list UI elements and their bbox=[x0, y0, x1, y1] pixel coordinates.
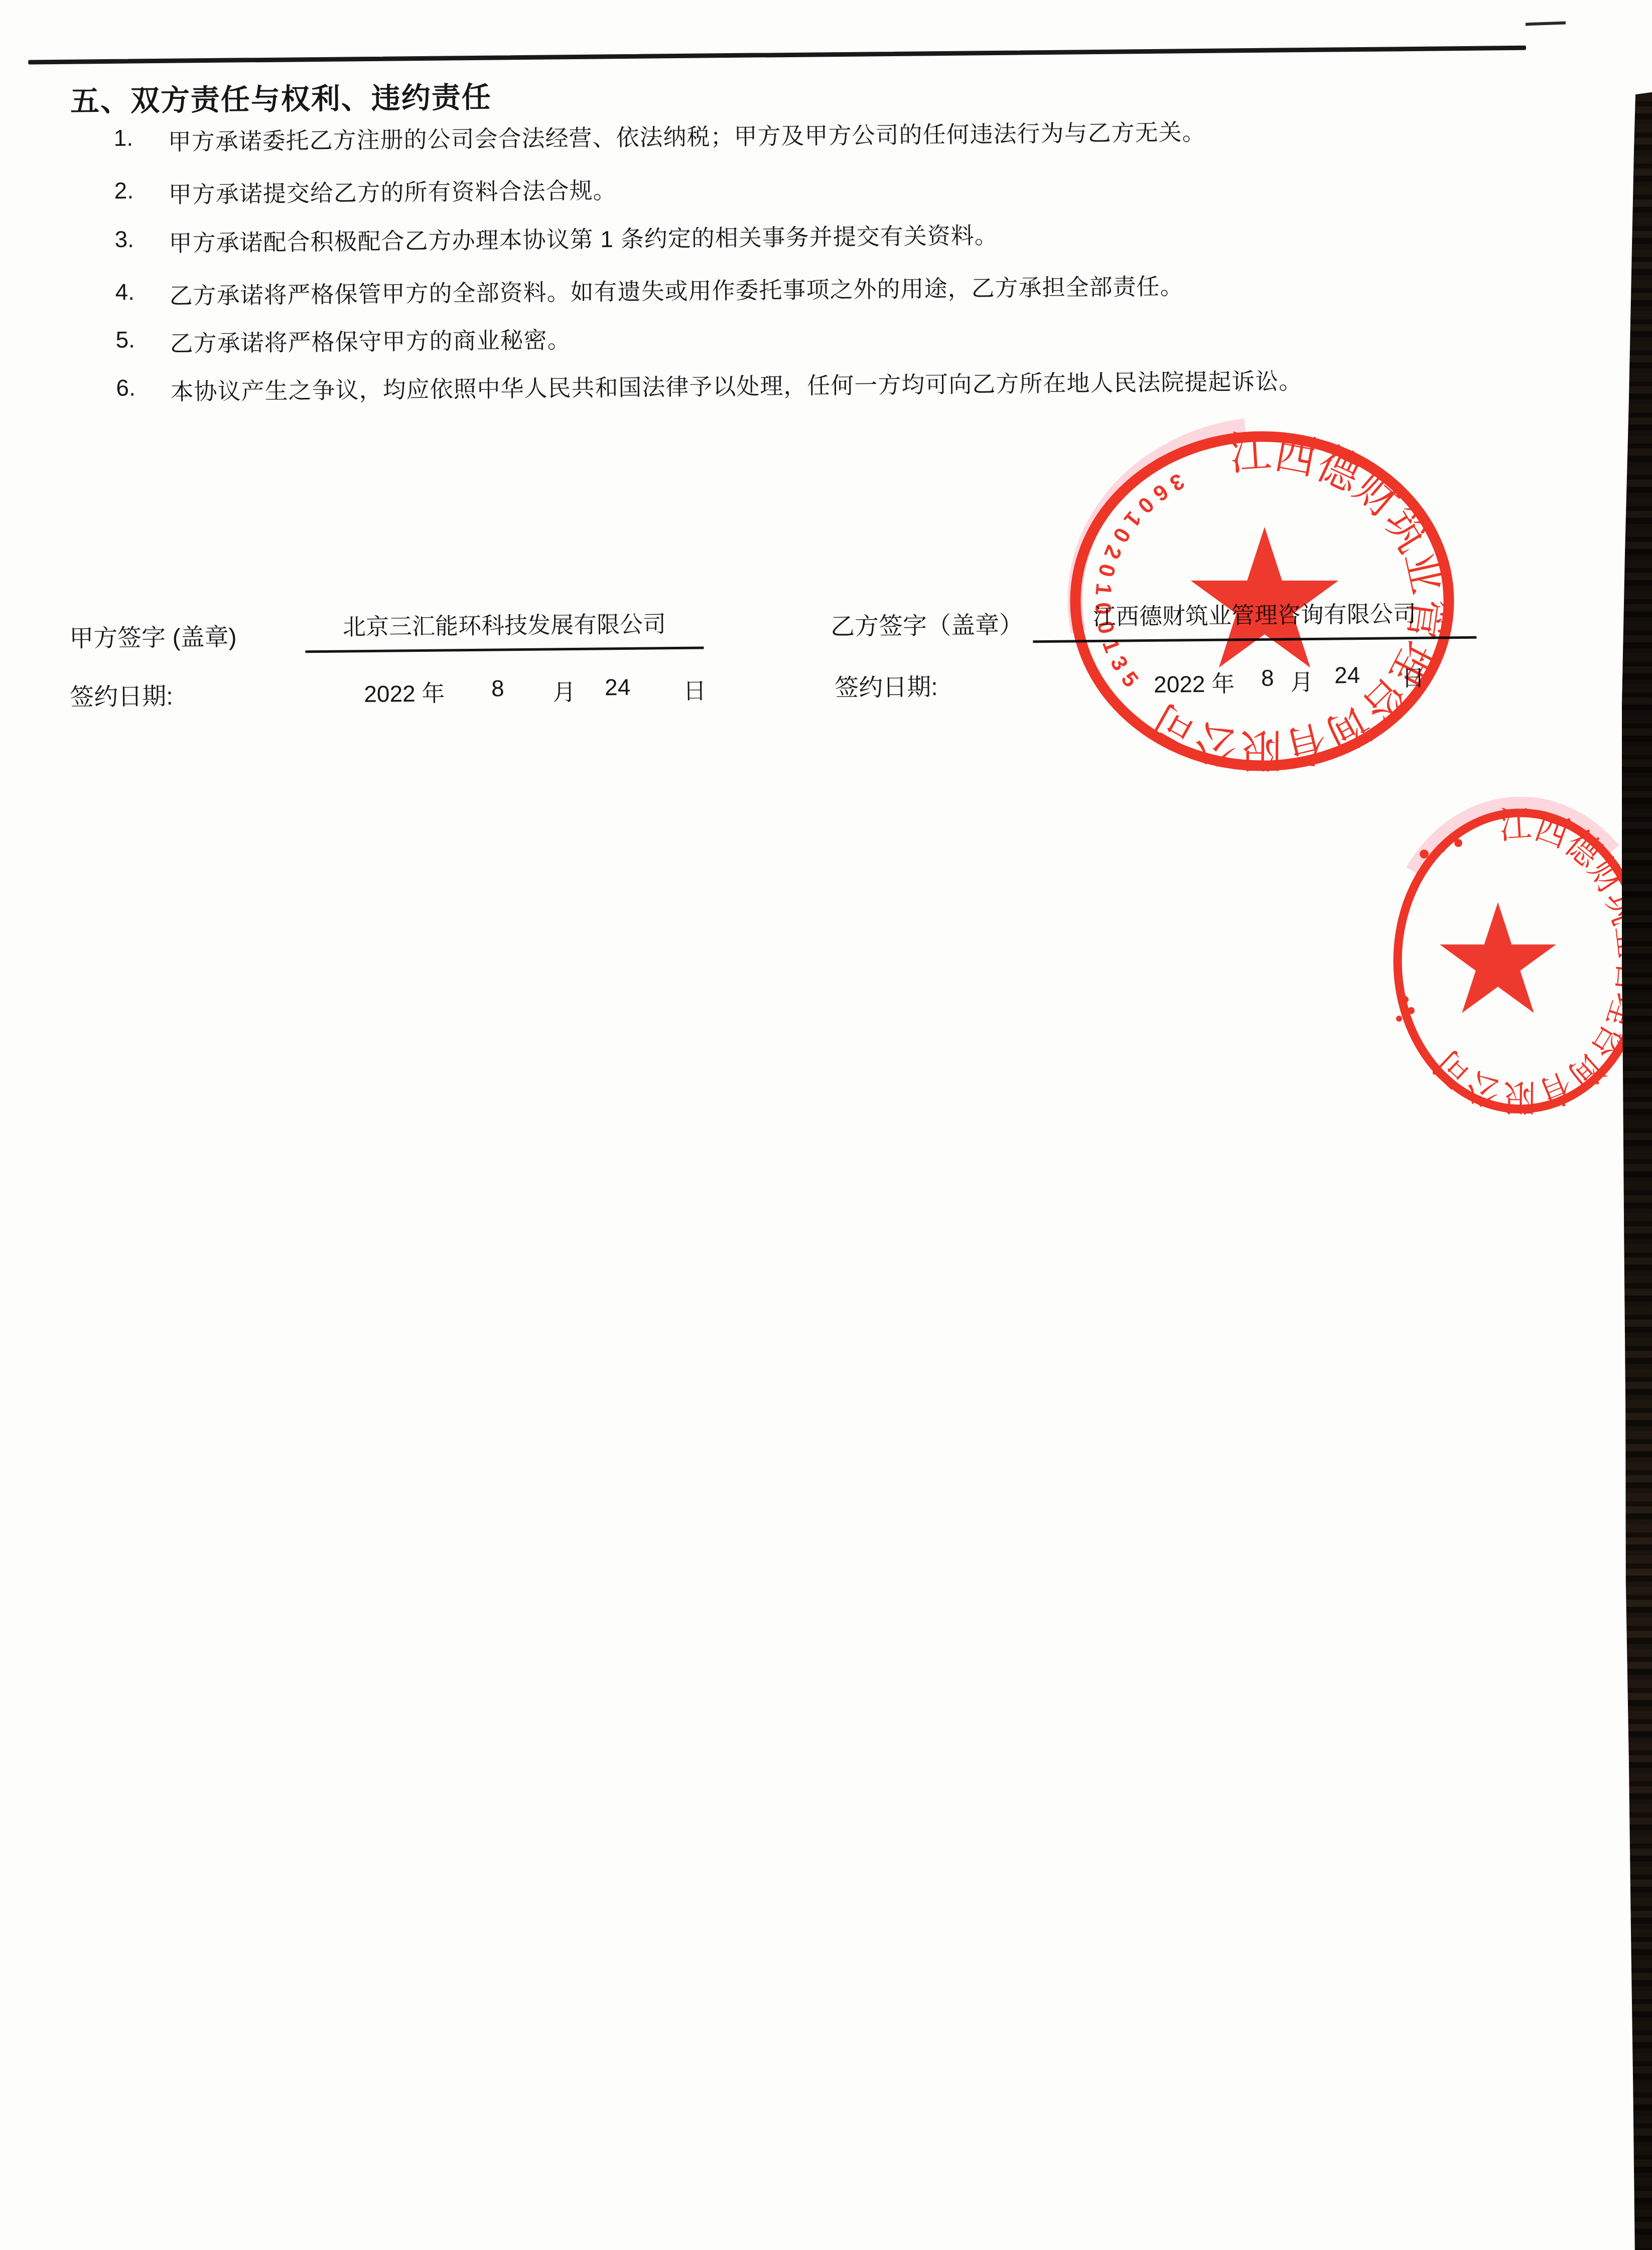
party-b-date-month-unit: 月 bbox=[1290, 664, 1314, 697]
party-a-date-day-unit: 日 bbox=[683, 673, 707, 706]
party-a-date-day-num: 24 bbox=[605, 673, 631, 700]
scanned-contract-page: { "section": { "heading": "五、双方责任与权利、违约责… bbox=[0, 0, 1652, 2250]
clause-text: 甲方承诺提交给乙方的所有资料合法合规。 bbox=[168, 172, 617, 210]
clause-number: 6. bbox=[116, 374, 135, 401]
party-b-company-name: 江西德财筑业管理咨询有限公司 bbox=[1033, 595, 1477, 643]
party-a-date-year: 2022 年 bbox=[364, 675, 445, 710]
party-b-date-day-unit: 日 bbox=[1402, 660, 1425, 693]
clause-number: 2. bbox=[114, 177, 133, 204]
clause-item: 4. 乙方承诺将严格保管甲方的全部资料。如有遗失或用作委托事项之外的用途，乙方承… bbox=[3, 263, 1652, 315]
clause-text: 甲方承诺配合积极配合乙方办理本协议第 1 条约定的相关事务并提交有关资料。 bbox=[169, 217, 998, 258]
party-a-company-name: 北京三汇能环科技发展有限公司 bbox=[305, 606, 704, 653]
party-b-date-day-num: 24 bbox=[1334, 661, 1360, 688]
clause-number: 5. bbox=[115, 326, 135, 353]
party-b-date-year: 2022 年 bbox=[1154, 665, 1235, 699]
top-rule-line bbox=[28, 46, 1526, 65]
clause-number: 1. bbox=[113, 124, 133, 151]
clause-item: 5. 乙方承诺将严格保守甲方的商业秘密。 bbox=[3, 311, 1652, 362]
clause-item: 6. 本协议产生之争议，均应依照中华人民共和国法律予以处理，任何一方均可向乙方所… bbox=[4, 359, 1652, 410]
party-a-date-month-num: 8 bbox=[491, 674, 504, 701]
clause-number: 3. bbox=[114, 225, 134, 252]
document-content: 五、双方责任与权利、违约责任 1. 甲方承诺委托乙方注册的公司会合法经营、依法纳… bbox=[0, 0, 1652, 2250]
clause-number: 4. bbox=[115, 278, 134, 305]
clause-item: 3. 甲方承诺配合积极配合乙方办理本协议第 1 条约定的相关事务并提交有关资料。 bbox=[2, 211, 1652, 262]
party-b-signature-label: 乙方签字（盖章） bbox=[831, 605, 1024, 642]
section-heading: 五、双方责任与权利、违约责任 bbox=[70, 74, 492, 120]
party-a-signature-label: 甲方签字 (盖章) bbox=[69, 618, 237, 654]
clause-item: 2. 甲方承诺提交给乙方的所有资料合法合规。 bbox=[2, 162, 1652, 213]
party-b-date-month-num: 8 bbox=[1261, 664, 1274, 691]
clause-text: 甲方承诺委托乙方注册的公司会合法经营、依法纳税；甲方及甲方公司的任何违法行为与乙… bbox=[168, 114, 1206, 157]
party-a-date-month-unit: 月 bbox=[553, 674, 576, 707]
party-b-date-label: 签约日期: bbox=[835, 667, 938, 703]
clause-text: 本协议产生之争议，均应依照中华人民共和国法律予以处理，任何一方均可向乙方所在地人… bbox=[170, 363, 1303, 407]
party-a-date-label: 签约日期: bbox=[70, 677, 173, 713]
clause-text: 乙方承诺将严格保管甲方的全部资料。如有遗失或用作委托事项之外的用途，乙方承担全部… bbox=[169, 268, 1184, 311]
clause-text: 乙方承诺将严格保守甲方的商业秘密。 bbox=[170, 322, 571, 359]
